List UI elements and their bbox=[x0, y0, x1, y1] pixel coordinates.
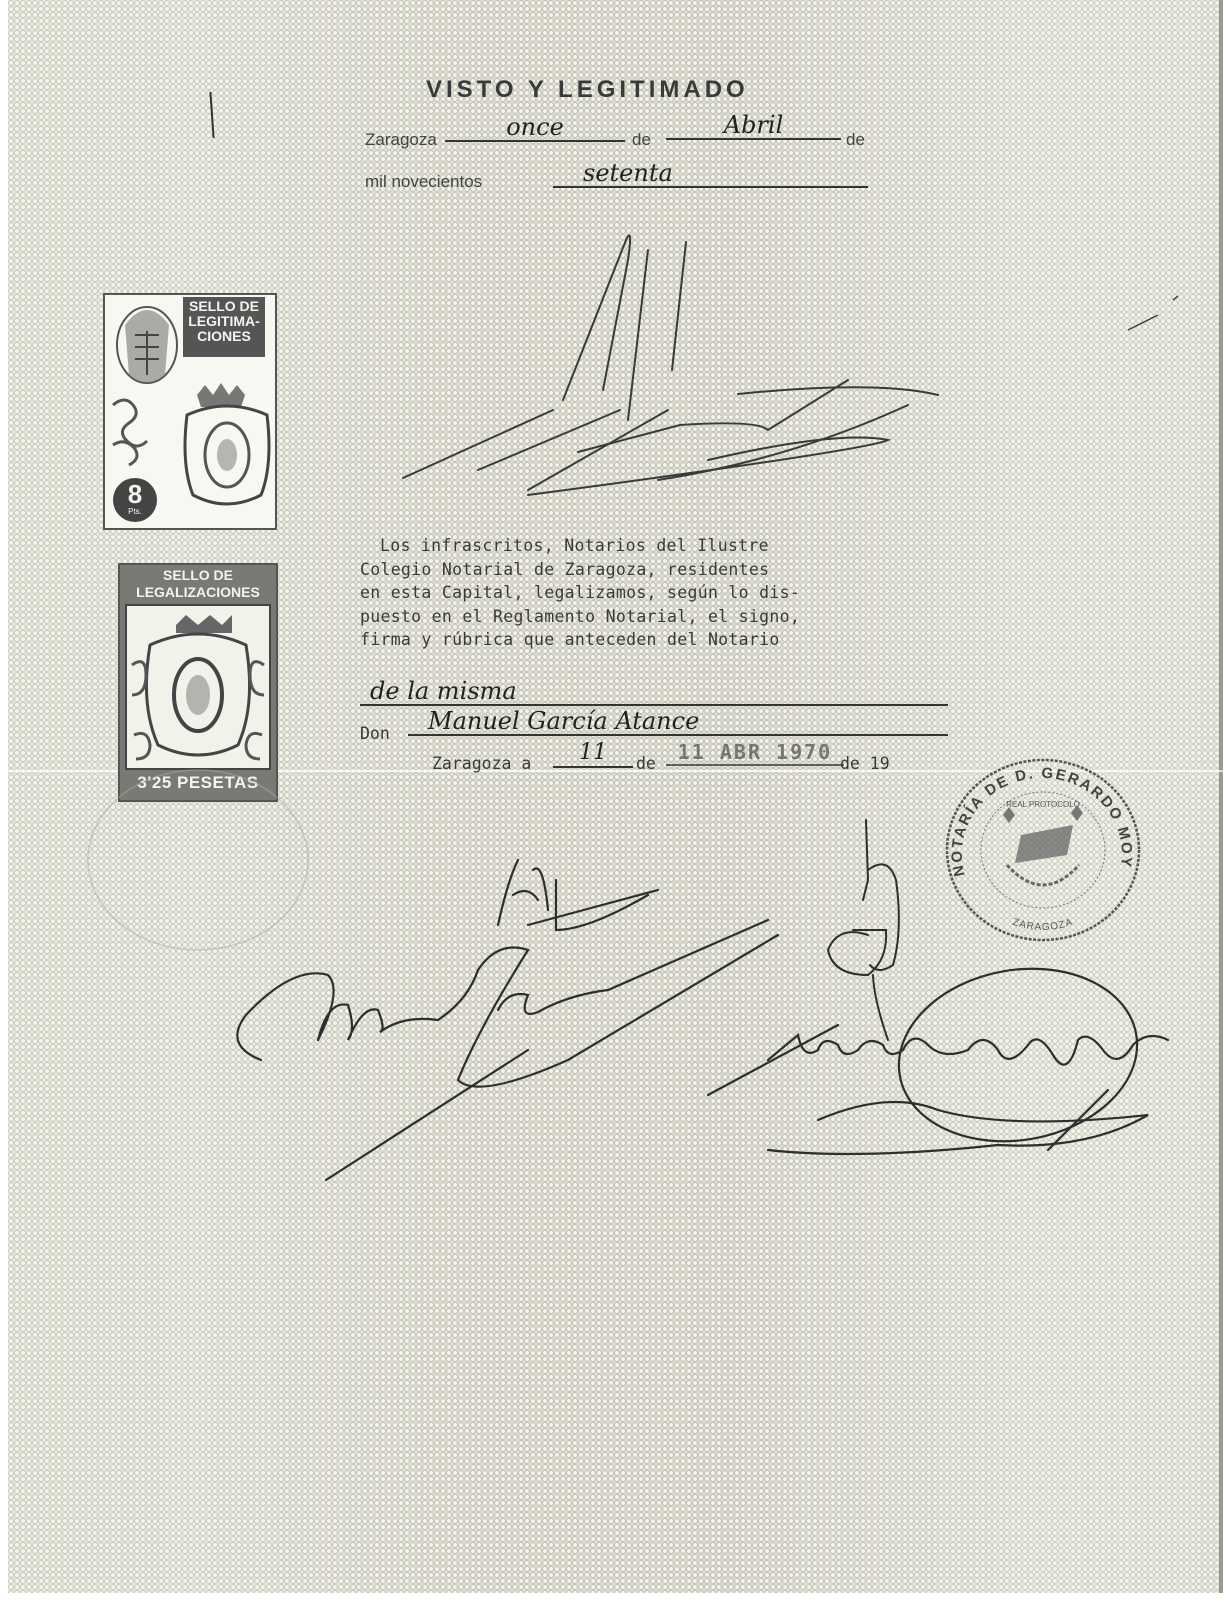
city-label: Zaragoza bbox=[365, 130, 437, 150]
year-prefix: mil novecientos bbox=[365, 172, 482, 192]
signature-legitimating-notary bbox=[403, 236, 938, 496]
svg-text:NOTARÍA DE D. GERARDO MOYA: NOTARÍA DE D. GERARDO MOYA bbox=[943, 755, 1135, 878]
de-label-1: de bbox=[632, 130, 651, 150]
document-page: VISTO Y LEGITIMADO Zaragoza once de Abri… bbox=[8, 0, 1223, 1593]
margin-mark bbox=[209, 92, 214, 138]
legitimation-heading: VISTO Y LEGITIMADO bbox=[426, 76, 749, 104]
coat-of-arms-icon bbox=[120, 565, 276, 800]
legalization-line: Colegio Notarial de Zaragoza, residentes bbox=[360, 558, 960, 582]
seal-bottom-text: ZARAGOZA bbox=[1011, 917, 1075, 933]
stamp-legitimaciones: SELLO DE LEGITIMA- CIONES 8 Pts. bbox=[103, 293, 277, 530]
signature-first-legalizing-notary bbox=[237, 860, 778, 1180]
legalization-line: Los infrascritos, Notarios del Ilustre bbox=[360, 534, 960, 558]
notary-name-handwritten: Manuel García Atance bbox=[408, 708, 948, 736]
svg-text:ZARAGOZA: ZARAGOZA bbox=[1011, 917, 1075, 933]
legalization-line: puesto en el Reglamento Notarial, el sig… bbox=[360, 605, 960, 629]
stray-mark bbox=[1128, 315, 1158, 330]
stamp-legalizaciones: SELLO DE LEGALIZACIONES 3'25 PESETAS bbox=[118, 563, 278, 802]
date-suffix: de 19 bbox=[840, 754, 890, 773]
notary-seal-icon: NOTARÍA DE D. GERARDO MOYA REAL PROTOCOL… bbox=[943, 755, 1143, 945]
date-de-label: de bbox=[636, 754, 656, 773]
stamp-legitimaciones-value: 8 bbox=[123, 479, 147, 510]
month-handwritten: Abril bbox=[666, 112, 841, 140]
legalization-line: en esta Capital, legalizamos, según lo d… bbox=[360, 581, 960, 605]
year-handwritten: setenta bbox=[553, 160, 868, 188]
rubric-second-notary bbox=[828, 820, 899, 1040]
date-stamped: 11 ABR 1970 bbox=[666, 740, 844, 766]
de-label-2: de bbox=[846, 130, 865, 150]
legalization-line: firma y rúbrica que anteceden del Notari… bbox=[360, 628, 960, 652]
stamp-legitimaciones-unit: Pts. bbox=[123, 507, 147, 516]
day-handwritten: once bbox=[445, 114, 625, 142]
seal-ring-text: NOTARÍA DE D. GERARDO MOYA bbox=[943, 755, 1135, 878]
don-label: Don bbox=[360, 724, 390, 743]
stray-mark bbox=[1173, 296, 1178, 300]
notary-place-handwritten: de la misma bbox=[360, 678, 948, 706]
legalization-text: Los infrascritos, Notarios del Ilustre C… bbox=[360, 534, 960, 652]
date-day-handwritten: 11 bbox=[553, 740, 633, 768]
notary-seal: NOTARÍA DE D. GERARDO MOYA REAL PROTOCOL… bbox=[943, 755, 1143, 945]
signature-second-legalizing-notary bbox=[708, 950, 1168, 1159]
seal-inner-text: REAL PROTOCOLO bbox=[1006, 800, 1080, 809]
stamp-legalizaciones-value: 3'25 PESETAS bbox=[122, 773, 274, 793]
date-city-label: Zaragoza a bbox=[432, 754, 531, 773]
